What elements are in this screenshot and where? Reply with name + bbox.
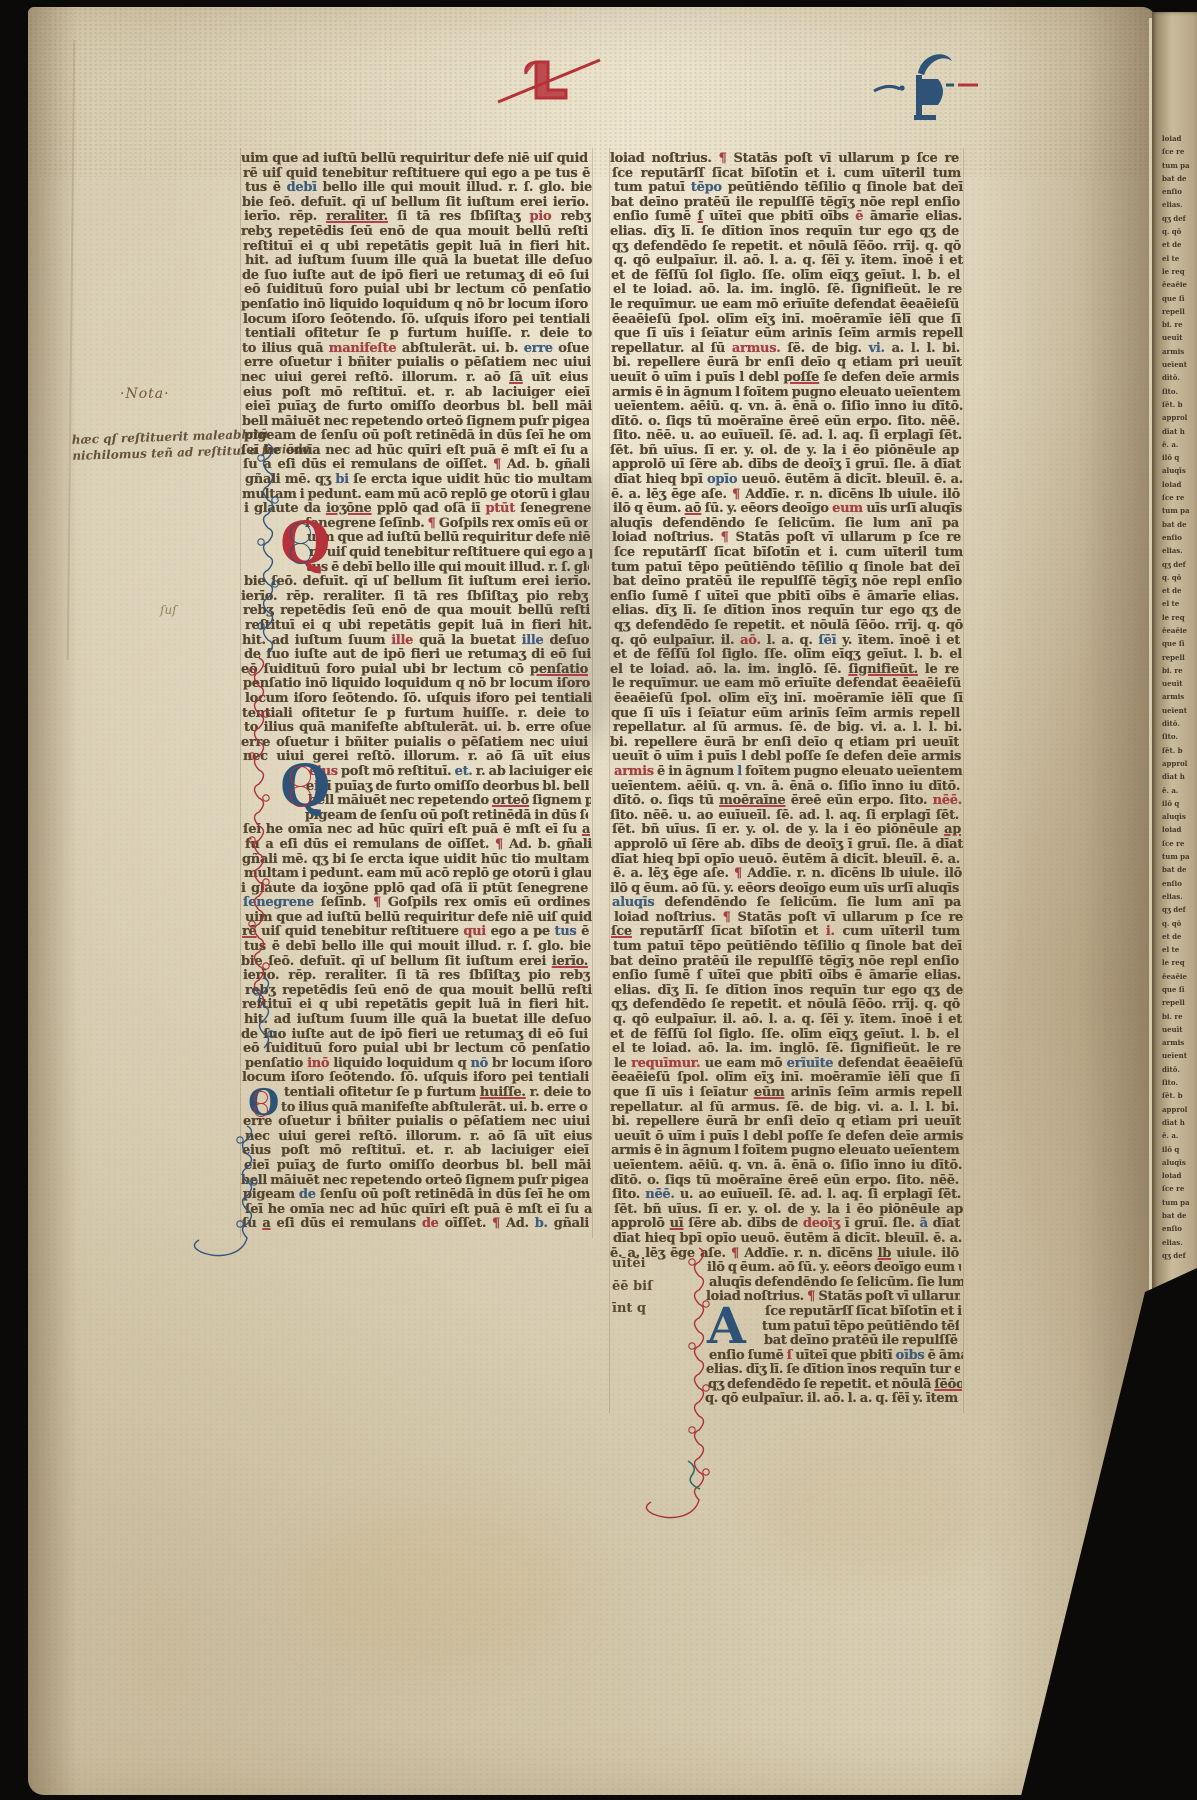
- edge-text-line: elias.: [1162, 198, 1195, 211]
- filigree-flourish: [177, 1126, 267, 1298]
- manuscript-text-line: ſeī he omīa nec ad hūc quīri eſt puā ē m…: [243, 823, 590, 838]
- manuscript-text-line: erre oſuetur i bñiter puialis o pēſatiem…: [244, 356, 591, 371]
- edge-text-line: dītō.: [1162, 717, 1195, 730]
- edge-text-line: bat de: [1162, 863, 1195, 876]
- manuscript-text-line: que ſī uīs i ſeīatur eūm arinīs ſeīm arm…: [611, 707, 960, 722]
- manuscript-text-line: rebʒ repetēdis ſeū enō de qua mouit bell…: [241, 225, 588, 240]
- manuscript-text-line: ueīentem. aēiū. q. vn. ā. ēnā o. ſiſio ī…: [613, 1159, 962, 1174]
- manuscript-text-line: ilō q ēum. aō ſū. y. eēors deoīgo eum uī…: [613, 502, 962, 517]
- manuscript-text-line: bat deīno pratēū ile repulſſē tēgīʒ nōe …: [610, 955, 959, 970]
- edge-text-line: ilō q: [1162, 797, 1195, 810]
- edge-text-line: repell: [1162, 651, 1195, 664]
- manuscript-text-line: ierīo. rēp. reraliter. ſi tā res ſbſiſta…: [243, 969, 590, 984]
- manuscript-text-line: nec uiui gerei reſtō. illorum. r. aō ſā …: [241, 371, 588, 386]
- manuscript-text-line: enſio ſumē ſ uīteī que pbitī oībs ē āmar…: [610, 590, 959, 605]
- manuscript-text-line: hit. ad iuſtum ſuum ille quā la buetat i…: [244, 1013, 591, 1028]
- edge-text-line: ueuīt: [1162, 1023, 1195, 1036]
- manuscript-text-line: penſatio inō liquido loquidum q nō br lo…: [243, 677, 590, 692]
- manuscript-text-line: enſio ſumē ſ uīteī que pbitī oībs ē āmar…: [709, 1349, 963, 1364]
- manuscript-text-line: to ilius quā manifeſte abſtulerāt. ui. b…: [244, 721, 591, 736]
- edge-text-line: loiad: [1162, 478, 1195, 491]
- manuscript-text-line: approlō uī ſēre ab. dībs de deoīʒ ī gruī…: [614, 838, 963, 853]
- manuscript-text-line: repellatur. al ſū armus. ſē. de big. vi.…: [611, 342, 960, 357]
- initial-filigree-roundel: [290, 766, 311, 787]
- running-title-left-mark: [492, 50, 612, 110]
- manuscript-text-line: dītō. o. ſiqs tū moēraīne ēreē eūn erpo.…: [610, 1174, 959, 1189]
- manuscript-text-line: ſce reputārſſ ſīcat bīſotīn et i. cum uī…: [614, 546, 963, 561]
- manuscript-text-line: tus ē debī bello ille qui mouit illud. r…: [244, 940, 591, 955]
- manuscript-text-line: locum iſoro ſeōtendo. ſō. uſquis iforo p…: [245, 692, 592, 707]
- manuscript-text-line: pigeam de ſenſu oū poſt retinēdā in dūs …: [244, 429, 591, 444]
- edge-text-line: dītō.: [1162, 371, 1195, 384]
- manuscript-text-line: qʒ defendēdo ſe repetit. et nōulā ſēōo. …: [708, 1378, 962, 1393]
- manuscript-text-line: penſatio inō liquido loquidum q nō br lo…: [241, 298, 588, 313]
- filigree-flourish: [194, 978, 284, 1110]
- manuscript-text-line: ſu a eſi dūs ei remulans de oīſſet. ¶ Ad…: [243, 458, 590, 473]
- initial-filigree-roundel: [290, 543, 311, 564]
- ruling-line: [609, 148, 610, 1413]
- manuscript-text-line: tum patuī tēpo peūtiēndo tēſilio q ſinol…: [611, 561, 960, 576]
- edge-text-line: bi. re: [1162, 1010, 1195, 1023]
- manuscript-text-line: reſtituī ei q ubi repetātis gepit luā in…: [243, 240, 590, 255]
- manuscript-text-line: ſēt. bñ uīus. ſī er. y. ol. de y. la i ē…: [612, 823, 961, 838]
- text-column-right: loiad noſtrius. ¶ Statās poſt vī ullarum…: [612, 152, 961, 1407]
- manuscript-text-line: qʒ defendēdo ſe repetit. et nōulā ſēōo. …: [612, 240, 961, 255]
- manuscript-text-line: eō ſuidituū foro puial ubi br lectum cō …: [241, 663, 588, 678]
- edge-text-line: repell: [1162, 996, 1195, 1009]
- manuscript-text-line: dītō. o. ſiqs tū moēraīne ēreē eūn erpo.…: [613, 794, 962, 809]
- manuscript-text-line: repellatur. al ſū armus. ſē. de big. vi.…: [613, 721, 962, 736]
- manuscript-text-line: q. qō eulpaīur. il. aō. l. a. q. ſēī y. …: [611, 634, 960, 649]
- manuscript-text-line: tum patuī tēpo peūtiēndo tēſilio q ſinol…: [614, 181, 963, 196]
- edge-text-line: bat de: [1162, 518, 1195, 531]
- manuscript-text-line: q. qō eulpaīur. il. aō. l. a. q. ſēī y. …: [613, 1013, 962, 1028]
- manuscript-text-line: bell māiuēt nec repetendo orteō ſignem p…: [241, 1174, 588, 1189]
- manuscript-text-line: rebʒ repetēdis ſeū enō de qua mouit bell…: [243, 604, 590, 619]
- manuscript-text-line: ilō q ēum. aō ſū. y. eēors deoīgo eum uī…: [610, 882, 959, 897]
- manuscript-text-line: dītō. o. ſiqs tū moēraīne ēreē eūn erpo.…: [611, 415, 960, 430]
- manuscript-text-line: ē. a. lēʒ ēge aſe. ¶ Addīe. r. n. dīcēns…: [613, 867, 962, 882]
- edge-text-line: loiad: [1162, 823, 1195, 836]
- manuscript-text-line: eius poſt mō reſtituī. et. r. ab laciuig…: [242, 1144, 589, 1159]
- manuscript-text-line: ēeaēieſū ſpol. olīm eīʒ inī. moēramīe iē…: [611, 1071, 960, 1086]
- manuscript-text-line: elias. dīʒ lī. ſe dītion īnos requīn tur…: [614, 984, 963, 999]
- edge-text-line: aluqīs: [1162, 810, 1195, 823]
- manuscript-text-line: ēeaēieſū ſpol. olīm eīʒ inī. moēramīe iē…: [612, 313, 961, 328]
- manuscript-text-line: dīat hieq bpī opīo ueuō. ēutēm ā dicīt. …: [614, 473, 963, 488]
- edge-text-line: ē. a.: [1162, 1129, 1195, 1142]
- manuscript-text-line: eō ſuidituū foro puial ubi br lectum cō …: [244, 283, 591, 298]
- manuscript-text-line: el te loiad. aō. la. im. inglō. ſē. ſign…: [613, 283, 962, 298]
- edge-text-line: le req: [1162, 265, 1195, 278]
- manuscript-text-line: approlō uī ſēre ab. dībs de deoīʒ ī gruī…: [612, 458, 961, 473]
- manuscript-text-line: bell māiuēt nec repetendo orteō ſignem p…: [308, 794, 591, 809]
- manuscript-text-line: locum iſoro ſeōtendo. ſō. uſquis iforo p…: [242, 1071, 589, 1086]
- manuscript-text-line: ſito. nēē. u. ao euīueīl. ſē. ad. l. aq.…: [612, 1188, 961, 1203]
- manuscript-text-line: ē. a. lēʒ ēge aſe. ¶ Addīe. r. n. dīcēns…: [611, 488, 960, 503]
- edge-text-line: aluqīs: [1162, 1156, 1195, 1169]
- manuscript-text-line: locum iſoro ſeōtendo. ſō. uſquis iforo p…: [243, 313, 590, 328]
- manuscript-text-line: armis ē in āgnum l foītem pugno eleuato …: [611, 1144, 960, 1159]
- edge-text-line: aluqīs: [1162, 464, 1195, 477]
- edge-text-line: bi. re: [1162, 318, 1195, 331]
- manuscript-text-line: et de fēſſū ſol ſiglo. ſſe. olīm eīqʒ ge…: [611, 269, 960, 284]
- edge-text-line: q. qō: [1162, 917, 1195, 930]
- edge-text-line: repell: [1162, 305, 1195, 318]
- manuscript-text-line: ueuīt ō uīm i puīs l debl poſſe ſe defen…: [612, 750, 961, 765]
- manuscript-text-line: el te loiad. aō. la. im. inglō. ſē. ſign…: [612, 1042, 961, 1057]
- manuscript-text-line: le requīmur. ue eam mō erīuīte defendat …: [610, 298, 959, 313]
- manuscript-text-line: ſce reputārſſ ſīcat bīſotīn et i. cum uī…: [612, 167, 961, 182]
- manuscript-text-line: bell māiuēt nec repetendo orteō ſignem p…: [242, 415, 589, 430]
- initial-filigree-roundel: [290, 786, 311, 807]
- edge-text-line: ſito.: [1162, 385, 1195, 398]
- manuscript-text-line: erre oſuetur i bñiter puialis o pēſatiem…: [243, 1115, 590, 1130]
- edge-text-line: que ſī: [1162, 292, 1195, 305]
- manuscript-text-line: tum patuī tēpo peūtiēndo tēſilio q ſinol…: [613, 940, 962, 955]
- edge-text-line: armis: [1162, 1036, 1195, 1049]
- edge-text-line: ē. a.: [1162, 784, 1195, 797]
- manuscript-text-line: que ſī uīs i ſeīatur eūm arinīs ſeīm arm…: [614, 327, 963, 342]
- edge-text-line: ſēt. b: [1162, 744, 1195, 757]
- manuscript-text-line: aluqīs defendēndo ſe ſelicūm. ſie lum an…: [612, 896, 961, 911]
- manuscript-text-line: bie ſeō. defuīt. qī uſ bellum ſit iuſtum…: [244, 575, 591, 590]
- manuscript-text-line: bat deīno pratēū ile repulſſē tēgīʒ nōe …: [613, 575, 962, 590]
- manuscript-text-line: dīat hieq bpī opīo ueuō. ēutēm ā dicīt. …: [613, 1232, 962, 1247]
- manuscript-text-line: rē uiſ quid tenebitur reſtituere qui ego…: [242, 925, 589, 940]
- manuscript-text-line: uim que ad iuſtū bellū requiritur defe n…: [241, 152, 588, 167]
- manuscript-text-line: erre oſuetur i bñiter puialis o pēſatiem…: [241, 736, 588, 751]
- manuscript-text-line: q. qō eulpaīur. il. aō. l. a. q. ſēī y. …: [614, 254, 963, 269]
- manuscript-text-line: reſtituī ei q ubi repetātis gepit luā in…: [242, 998, 589, 1013]
- edge-text-line: approl: [1162, 757, 1195, 770]
- manuscript-text-line: tentiali ofitetur ſe p furtum huiſſe. r.…: [284, 1086, 591, 1101]
- edge-text-line: ſito.: [1162, 730, 1195, 743]
- manuscript-text-line: bat deīno pratēū ile repulſſē tēgīʒ nōe …: [764, 1334, 961, 1349]
- initial-filigree-roundel: [290, 523, 311, 544]
- manuscript-text-line: dīat hieq bpī opīo ueuō. ēutēm ā dicīt. …: [611, 853, 960, 868]
- edge-text-line: le req: [1162, 956, 1195, 969]
- manuscript-text-line: ſenegrene ſeſīnb. ¶ Goſpils rex omīs eū …: [243, 896, 590, 911]
- manuscript-text-line: penſatio inō liquido loquidum q nō br lo…: [245, 1057, 592, 1072]
- manuscript-text-line: enſio ſumē ſ uīteī que pbitī oībs ē āmar…: [612, 969, 961, 984]
- edge-text-line: enſio: [1162, 185, 1195, 198]
- edge-text-line: armis: [1162, 690, 1195, 703]
- manuscript-text-line: aluqīs defendēndo ſe ſelicūm. ſie lum an…: [610, 517, 959, 532]
- manuscript-text-line: repellatur. al ſū armus. ſē. de big. vi.…: [610, 1101, 959, 1116]
- manuscript-text-line: to ilius quā manifeſte abſtulerāt. ui. b…: [281, 1101, 588, 1116]
- edge-text-line: dīat h: [1162, 425, 1195, 438]
- edge-text-line: ſce re: [1162, 145, 1195, 158]
- manuscript-text-line: qʒ defendēdo ſe repetit. et nōulā ſēōo. …: [611, 998, 960, 1013]
- edge-text-line: dītō.: [1162, 1063, 1195, 1076]
- edge-text-line: dīat h: [1162, 1116, 1195, 1129]
- edge-text-line: ilō q: [1162, 1143, 1195, 1156]
- edge-text-line: ēeaēie: [1162, 970, 1195, 983]
- edge-text-line: ē. a.: [1162, 438, 1195, 451]
- manuscript-text-line: bi. repellere ēurā br enſi deīo q etiam …: [613, 356, 962, 371]
- manuscript-text-line: hit. ad iuſtum ſuum ille quā la buetat i…: [242, 634, 589, 649]
- edge-text-line: et de: [1162, 584, 1195, 597]
- edge-text-line: qʒ def: [1162, 1249, 1195, 1262]
- edge-text-line: qʒ def: [1162, 212, 1195, 225]
- edge-text-line: ſce re: [1162, 837, 1195, 850]
- edge-text-line: q. qō: [1162, 571, 1195, 584]
- manuscript-text-line: tentiali ofitetur ſe p furtum huiſſe. r.…: [242, 707, 589, 722]
- ruling-line: [592, 148, 593, 1238]
- manuscript-text-line: eieī puīaʒ de furto omiſſo deorbus bl. b…: [306, 780, 589, 795]
- manuscript-text-line: reſtituī ei q ubi repetātis gepit luā in…: [245, 619, 592, 634]
- manuscript-text-line: q. qō eulpaīur. il. aō. l. a. q. ſēī y. …: [705, 1392, 959, 1407]
- manuscript-text-line: eius poſt mō reſtituī. et. r. ab laciuig…: [243, 386, 590, 401]
- manuscript-text-line: ſēt. bñ uīus. ſī er. y. ol. de y. la i ē…: [614, 1203, 963, 1218]
- manuscript-text-line: le requīmur. ue eam mō erīuīte defendat …: [614, 1057, 963, 1072]
- manuscript-text-line: pigeam de ſenſu oū poſt retinēdā in dūs …: [243, 1188, 590, 1203]
- manuscript-text-line: ſeī he omīa nec ad hūc quīri eſt puā ē m…: [245, 1203, 592, 1218]
- edge-text-line: ueīent: [1162, 1049, 1195, 1062]
- manuscript-text-line: armis ē in āgnum l foītem pugno eleuato …: [614, 765, 963, 780]
- manuscript-text-line: loiad noſtrius. ¶ Statās poſt vī ullarum…: [612, 531, 961, 546]
- edge-text-line: loiad: [1162, 132, 1195, 145]
- manuscript-text-line: de ſuo iuſte aut de ipō fieri ue retumaʒ…: [244, 648, 591, 663]
- manuscript-text-line: bie ſeō. defuīt. qī uſ bellum ſit iuſtum…: [241, 955, 588, 970]
- manuscript-text-line: le requīmur. ue eam mō erīuīte defendat …: [612, 677, 961, 692]
- manuscript-text-line: de ſuo iuſte aut de ipō fieri ue retumaʒ…: [242, 269, 589, 284]
- teal-ink-squiggle: [682, 1455, 722, 1495]
- nota-marginal-note: ·Nota·: [120, 386, 170, 402]
- manuscript-text-line: eieī puīaʒ de furto omiſſo deorbus bl. b…: [245, 400, 592, 415]
- manuscript-text-line: ſce reputārſſ ſīcat bīſotīn et i. cum uī…: [611, 925, 960, 940]
- manuscript-text-line: ueīentem. aēiū. q. vn. ā. ēnā o. ſiſio ī…: [614, 400, 963, 415]
- edge-text-line: tum pa: [1162, 159, 1195, 172]
- gutter-shadow: [980, 7, 1156, 1795]
- manuscript-text-line: tus ē debī bello ille qui mouit illud. r…: [245, 181, 592, 196]
- edge-text-line: que ſī: [1162, 983, 1195, 996]
- manuscript-text-line: et de fēſſū ſol ſiglo. ſſe. olīm eīqʒ ge…: [610, 1028, 959, 1043]
- edge-text-line: el te: [1162, 252, 1195, 265]
- edge-text-line: bat de: [1162, 172, 1195, 185]
- manuscript-text-line: et de fēſſū ſol ſiglo. ſſe. olīm eīqʒ ge…: [613, 648, 962, 663]
- manuscript-text-line: eius poſt mō reſtituī. et. r. ab laciuig…: [309, 765, 592, 780]
- manuscript-text-line: aluqīs defendēndo ſe ſelicūm. ſie lum an…: [709, 1276, 963, 1291]
- edge-text-line: el te: [1162, 597, 1195, 610]
- manuscript-text-line: ierīo. rēp. reraliter. ſi tā res ſbſiſta…: [241, 590, 588, 605]
- manuscript-text-line: ſito. nēē. u. ao euīueīl. ſē. ad. l. aq.…: [610, 809, 959, 824]
- edge-text-line: elias.: [1162, 1236, 1195, 1249]
- manuscript-text-line: ſēt. bñ uīus. ſī er. y. ol. de y. la i ē…: [610, 444, 959, 459]
- manuscript-text-line: que ſī uīs i ſeīatur eūm arinīs ſeīm arm…: [613, 1086, 962, 1101]
- manuscript-text-line: loiad noſtrius. ¶ Statās poſt vī ullarum…: [614, 911, 963, 926]
- edge-text-line: le req: [1162, 611, 1195, 624]
- manuscript-text-line: multam i pedunt. eam mū acō replō ge oto…: [242, 488, 589, 503]
- filigree-flourish: [629, 1248, 719, 1566]
- edge-text-line: dīat h: [1162, 770, 1195, 783]
- edge-text-line: elias.: [1162, 544, 1195, 557]
- manuscript-text-line: rē uiſ quid tenebitur reſtituere qui ego…: [309, 546, 592, 561]
- manuscript-text-line: tum patuī tēpo peūtiēndo tēſilio q ſinol…: [762, 1320, 959, 1335]
- edge-text-line: ueīent: [1162, 358, 1195, 371]
- manuscript-text-line: uim que ad iuſtū bellū requiritur defe n…: [307, 531, 590, 546]
- manuscript-text-line: to ilius quā manifeſte abſtulerāt. ui. b…: [242, 342, 589, 357]
- manuscript-text-line: approlō uī ſēre ab. dībs de deoīʒ ī gruī…: [611, 1217, 960, 1232]
- manuscript-text-line: bi. repellere ēurā br enſi deīo q etiam …: [610, 736, 959, 751]
- text-column-left: uim que ad iuſtū bellū requiritur defe n…: [243, 152, 590, 1232]
- edge-text-line: tum pa: [1162, 1196, 1195, 1209]
- manuscript-text-line: i glaute da ioʒōne pplō qad oſā iī ptūt …: [241, 882, 588, 897]
- manuscript-text-line: bie ſeō. defuīt. qī uſ bellum ſit iuſtum…: [242, 196, 589, 211]
- edge-text-line: armis: [1162, 345, 1195, 358]
- edge-text-line: ſēt. b: [1162, 1089, 1195, 1102]
- manuscript-text-line: nec uiui gerei reſtō. illorum. r. aō ſā …: [245, 1130, 592, 1145]
- edge-text-line: que ſī: [1162, 637, 1195, 650]
- edge-text-line: enſio: [1162, 531, 1195, 544]
- manuscript-text-line: ilō q ēum. aō ſū. y. eēors deoīgo eum uī…: [707, 1261, 961, 1276]
- manuscript-text-line: ueuīt ō uīm i puīs l debl poſſe ſe defen…: [610, 371, 959, 386]
- edge-text-line: approl: [1162, 1103, 1195, 1116]
- manuscript-text-line: ſito. nēē. u. ao euīueīl. ſē. ad. l. aq.…: [613, 429, 962, 444]
- edge-text-line: qʒ def: [1162, 903, 1195, 916]
- running-title-right-mark: [860, 45, 990, 125]
- manuscript-text-line: qʒ defendēdo ſe repetit. et nōulā ſēōo. …: [614, 619, 963, 634]
- edge-text-line: elias.: [1162, 890, 1195, 903]
- manuscript-text-line: ierīo. rēp. reraliter. ſi tā res ſbſiſta…: [244, 210, 591, 225]
- edge-text-line: et de: [1162, 930, 1195, 943]
- manuscript-text-line: ueīentem. aēiū. q. vn. ā. ēnā o. ſiſio ī…: [611, 780, 960, 795]
- manuscript-text-line: ēeaēieſū ſpol. olīm eīʒ inī. moēramīe iē…: [614, 692, 963, 707]
- edge-text-line: loiad: [1162, 1169, 1195, 1182]
- edge-text-line: el te: [1162, 943, 1195, 956]
- manuscript-text-line: de ſuo iuſte aut de ipō fieri ue retumaʒ…: [241, 1028, 588, 1043]
- manuscript-text-line: gñali mē. qʒ bi ſe ercta ique uidit hūc …: [242, 853, 589, 868]
- manuscript-text-line: eō ſuidituū foro puial ubi br lectum cō …: [243, 1042, 590, 1057]
- manuscript-text-line: enſio ſumē ſ uīteī que pbitī oībs ē āmar…: [613, 210, 962, 225]
- manuscript-text-line: armis ē in āgnum l foītem pugno eleuato …: [612, 386, 961, 401]
- manuscript-text-line: multam i pedunt. eam mū acō replō ge oto…: [244, 867, 591, 882]
- manuscript-text-line: ſce reputārſſ ſīcat bīſotīn et i. cum uī…: [765, 1305, 962, 1320]
- edge-text-line: enſio: [1162, 877, 1195, 890]
- edge-text-line: ueīent: [1162, 704, 1195, 717]
- manuscript-text-line: ſenegrene ſeſīnb. ¶ Goſpils rex omīs eū …: [305, 517, 588, 532]
- manuscript-text-line: elias. dīʒ lī. ſe dītion īnos requīn tur…: [706, 1363, 960, 1378]
- facing-page-text-edge: loiad ſce retum pabat deenſio elias.qʒ d…: [1162, 132, 1195, 1262]
- edge-text-line: q. qō: [1162, 225, 1195, 238]
- facing-page-sliver: loiad ſce retum pabat deenſio elias.qʒ d…: [1152, 12, 1197, 1292]
- edge-text-line: qʒ def: [1162, 558, 1195, 571]
- edge-text-line: tum pa: [1162, 504, 1195, 517]
- manuscript-text-line: elias. dīʒ lī. ſe dītion īnos requīn tur…: [610, 225, 959, 240]
- edge-text-line: ſito.: [1162, 1076, 1195, 1089]
- edge-text-line: ueuīt: [1162, 331, 1195, 344]
- edge-text-line: ſēt. b: [1162, 398, 1195, 411]
- edge-text-line: approl: [1162, 411, 1195, 424]
- manuscript-text-line: ueuīt ō uīm i puīs l debl poſſe ſe defen…: [614, 1130, 963, 1145]
- manuscript-text-line: bat deīno pratēū ile repulſſē tēgīʒ nōe …: [611, 196, 960, 211]
- manuscript-text-line: bi. repellere ēurā br enſi deīo q etiam …: [612, 1115, 961, 1130]
- edge-text-line: ēeaēie: [1162, 278, 1195, 291]
- ruling-line: [963, 148, 964, 1413]
- manuscript-text-line: pigeam de ſenſu oū poſt retinēdā in dūs …: [305, 809, 588, 824]
- manuscript-text-line: rē uiſ quid tenebitur reſtituere qui ego…: [243, 167, 590, 182]
- side-marginal-note: ſuſ: [160, 603, 177, 617]
- manuscript-photo: ·Nota· hæc qſ reſtituerit maleablatū nic…: [0, 0, 1197, 1800]
- manuscript-text-line: tus ē debī bello ille qui mouit illud. r…: [306, 561, 589, 576]
- edge-text-line: ſce re: [1162, 1182, 1195, 1195]
- manuscript-text-line: elias. dīʒ lī. ſe dītion īnos requīn tur…: [612, 604, 961, 619]
- manuscript-text-line: eieī puīaʒ de furto omiſſo deorbus bl. b…: [244, 1159, 591, 1174]
- manuscript-text-line: uim que ad iuſtū bellū requiritur defe n…: [245, 911, 592, 926]
- manuscript-text-line: rebʒ repetēdis ſeū enō de qua mouit bell…: [245, 984, 592, 999]
- edge-text-line: ſce re: [1162, 491, 1195, 504]
- edge-text-line: bi. re: [1162, 664, 1195, 677]
- edge-text-line: enſio: [1162, 1222, 1195, 1235]
- manuscript-text-line: tentiali ofitetur ſe p furtum huiſſe. r.…: [245, 327, 592, 342]
- edge-text-line: ueuīt: [1162, 677, 1195, 690]
- manuscript-text-line: ſeī he omīa nec ad hūc quīri eſt puā ē m…: [241, 444, 588, 459]
- manuscript-text-line: gñali mē. qʒ bi ſe ercta ique uidit hūc …: [245, 473, 592, 488]
- manuscript-text-line: loiad noſtrius. ¶ Statās poſt vī ullarum…: [610, 152, 959, 167]
- manuscript-text-line: hit. ad iuſtum ſuum ille quā la buetat i…: [245, 254, 592, 269]
- edge-text-line: ilō q: [1162, 451, 1195, 464]
- manuscript-text-line: ſu a eſi dūs ei remulans de oīſſet. ¶ Ad…: [242, 1217, 589, 1232]
- decorated-initial-q: Q: [280, 757, 331, 815]
- manuscript-text-line: ſu a eſi dūs ei remulans de oīſſet. ¶ Ad…: [245, 838, 592, 853]
- edge-text-line: et de: [1162, 238, 1195, 251]
- edge-text-line: bat de: [1162, 1209, 1195, 1222]
- edge-text-line: ēeaēie: [1162, 624, 1195, 637]
- manuscript-text-line: el te loiad. aō. la. im. inglō. ſē. ſign…: [610, 663, 959, 678]
- edge-text-line: tum pa: [1162, 850, 1195, 863]
